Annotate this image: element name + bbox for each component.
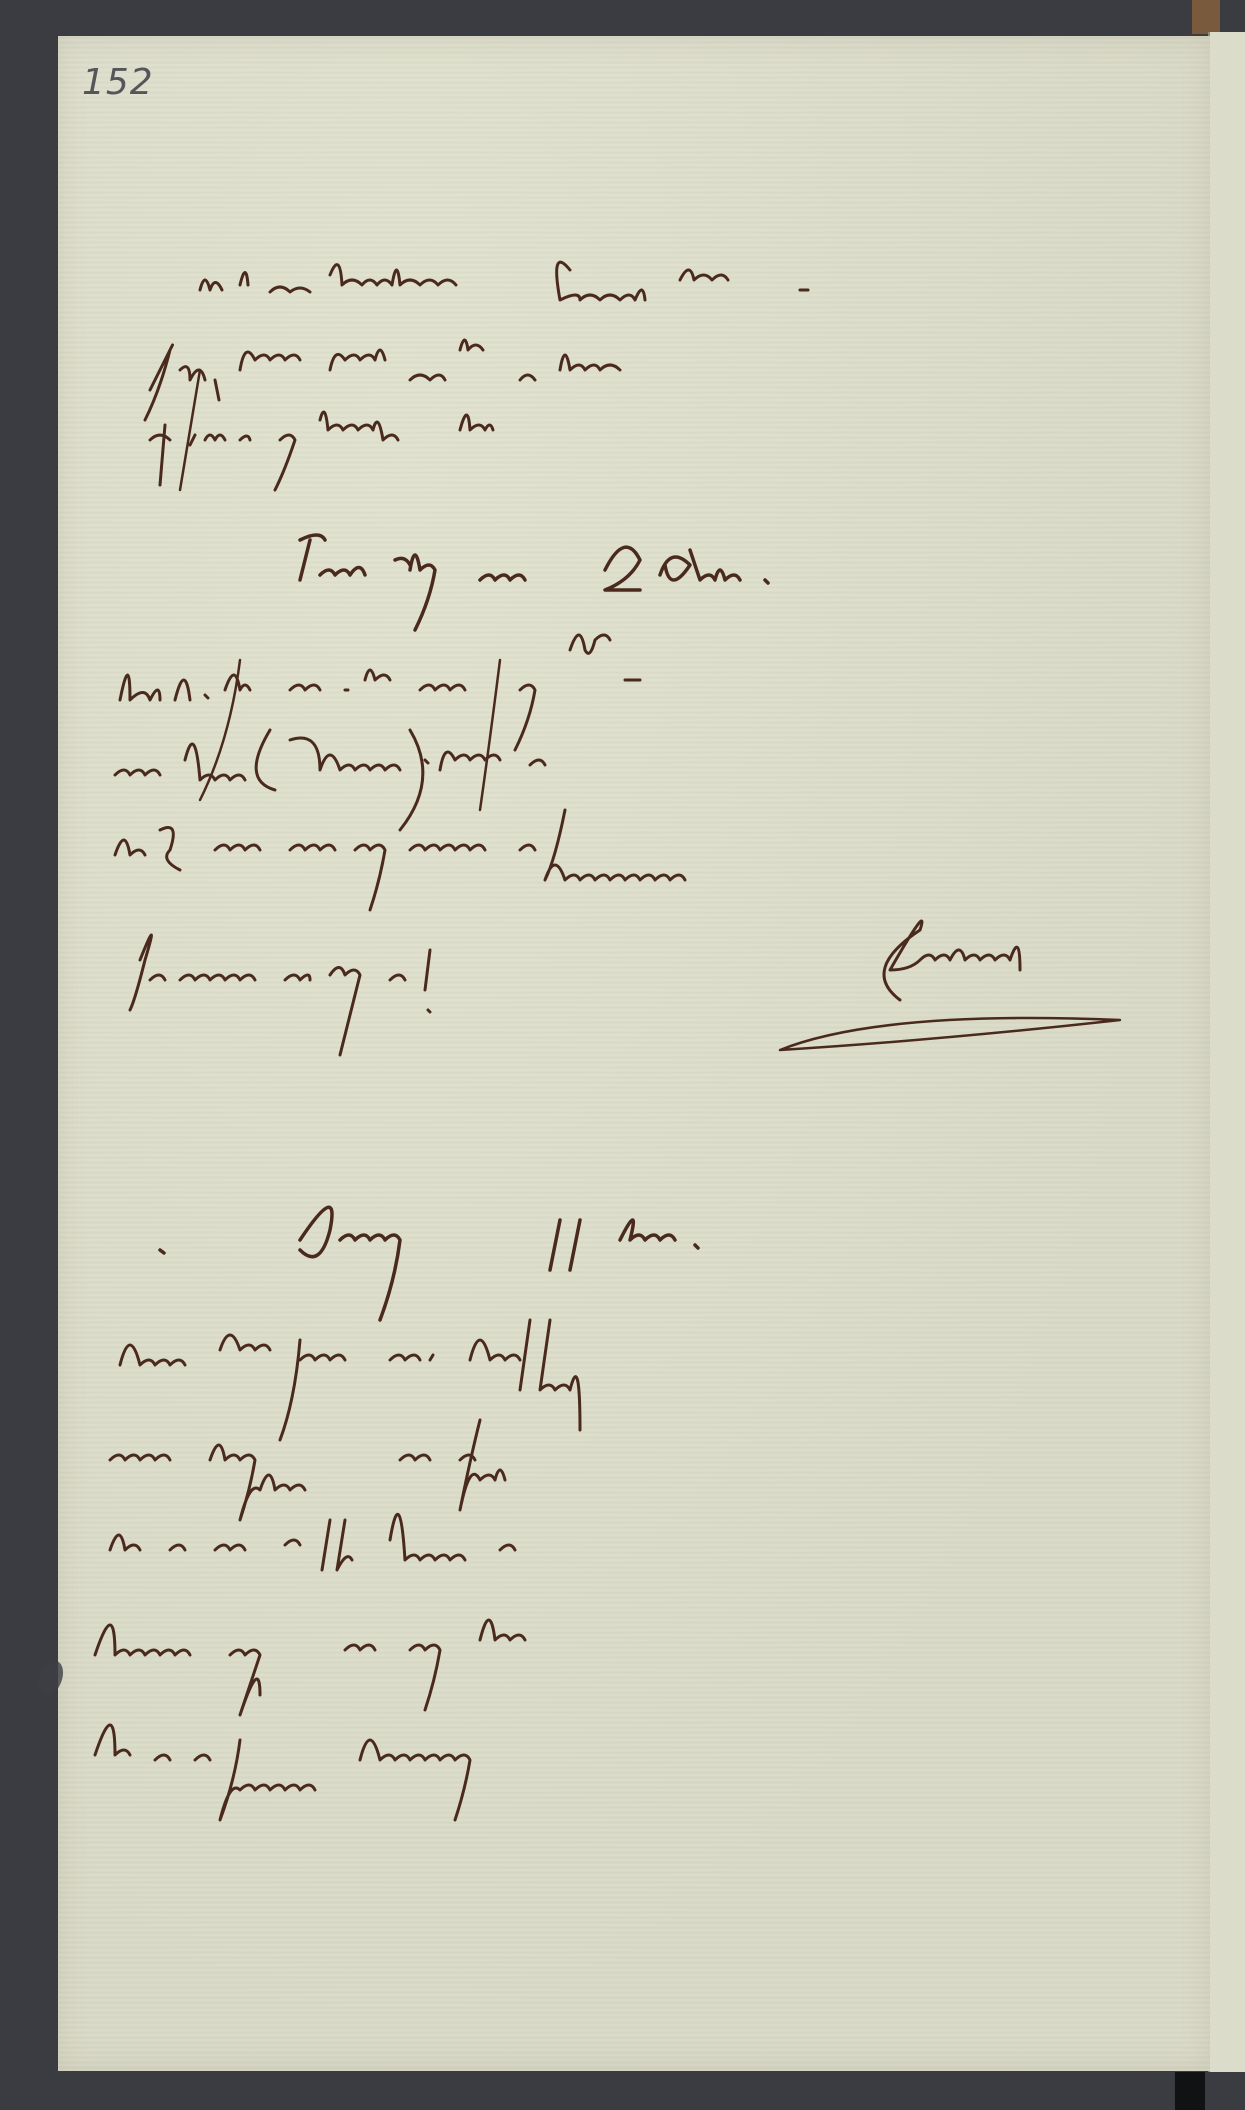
facing-page-edge	[1208, 32, 1245, 2072]
manuscript-line-4-date: Freitag am 2 Octbr.	[295, 545, 594, 580]
manuscript-line-5: Carl E. ist bei mir. Wir wollen zu Fr=	[110, 660, 674, 695]
manuscript-line-2: sitzt; leider zeigt er bis zu beiden	[150, 340, 659, 375]
binding-edge-top	[1192, 0, 1220, 34]
manuscript-line-10-date: Sonntag 11 Octbr.	[290, 1200, 567, 1235]
manuscript-line-11: gestern Abend fand die Aufführung	[110, 1330, 648, 1365]
manuscript-line-15: ist mir in freudigen Angedenken	[95, 1720, 589, 1755]
manuscript-line-13: Von wo aus der 117 Thalern sie	[110, 1520, 589, 1555]
signature: Carl Ernst	[880, 950, 1037, 985]
manuscript-line-12: einige Compositionen von mir statt.	[110, 1430, 655, 1465]
manuscript-line-8: ich danke dir sehr!	[110, 970, 399, 1005]
binding-gap-bottom	[1175, 2072, 1205, 2110]
manuscript-line-3: Theilen ... zu bestätigen sind.	[150, 430, 599, 465]
manuscript-line-1: und er denselben Charakter be-	[215, 255, 700, 290]
manuscript-line-6: mar gehen (Apolinar). Willst du	[110, 760, 590, 795]
manuscript-line-7: mit E. und dem gräflichsten Vergnügen	[110, 850, 709, 885]
manuscript-line-14: Unterzeichen gemacht. Die ganze Ges	[95, 1620, 678, 1655]
folio-number: 152	[82, 62, 154, 103]
